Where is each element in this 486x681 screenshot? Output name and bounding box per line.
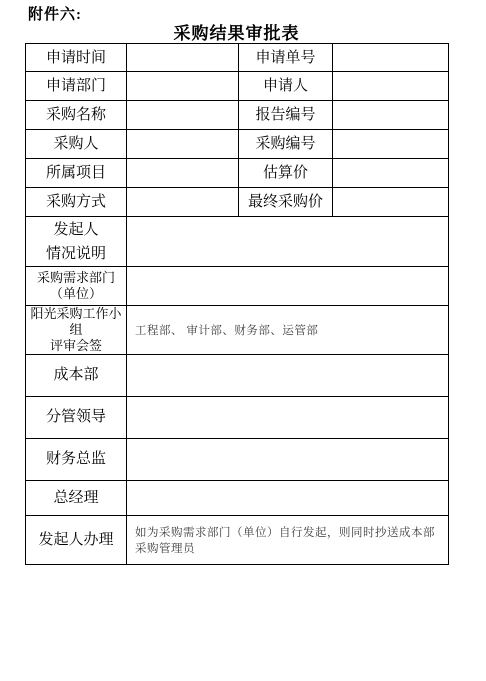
field-value <box>127 130 239 159</box>
field-value <box>127 72 239 101</box>
table-row: 发起人办理 如为采购需求部门（单位）自行发起，则同时抄送成本部采购管理员 <box>26 516 449 565</box>
field-label: 所属项目 <box>26 159 127 188</box>
table-row: 采购人 采购编号 <box>26 130 449 159</box>
field-value <box>127 188 239 217</box>
table-row: 所属项目 估算价 <box>26 159 449 188</box>
section-label-line: 评审会签 <box>26 338 126 354</box>
table-row: 采购方式 最终采购价 <box>26 188 449 217</box>
section-content <box>127 397 449 439</box>
section-content: 工程部、 审计部、财务部、运管部 <box>127 306 449 355</box>
document-title: 采购结果审批表 <box>25 19 448 44</box>
field-value <box>127 44 239 72</box>
table-row: 分管领导 <box>26 397 449 439</box>
field-label: 最终采购价 <box>239 188 333 217</box>
field-value <box>333 101 449 130</box>
section-label-line: 情况说明 <box>26 242 126 266</box>
section-label: 采购需求部门 （单位） <box>26 267 127 306</box>
approval-table: 申请时间 申请单号 申请部门 申请人 采购名称 报告编号 采购人 采购编号 <box>25 43 449 565</box>
field-value <box>127 159 239 188</box>
section-label-line: （单位） <box>26 286 126 302</box>
section-label: 发起人 情况说明 <box>26 217 127 267</box>
table-row: 阳光采购工作小组 评审会签 工程部、 审计部、财务部、运管部 <box>26 306 449 355</box>
field-label: 估算价 <box>239 159 333 188</box>
field-value <box>333 44 449 72</box>
field-label: 采购名称 <box>26 101 127 130</box>
field-label: 申请人 <box>239 72 333 101</box>
section-content <box>127 439 449 481</box>
field-label: 报告编号 <box>239 101 333 130</box>
section-label-line: 发起人办理 <box>26 531 126 550</box>
table-row: 采购名称 报告编号 <box>26 101 449 130</box>
field-value <box>333 130 449 159</box>
section-label-line: 阳光采购工作小组 <box>26 306 126 338</box>
field-label: 申请部门 <box>26 72 127 101</box>
table-row: 成本部 <box>26 355 449 397</box>
section-label-line: 总经理 <box>26 489 126 508</box>
table-row: 申请部门 申请人 <box>26 72 449 101</box>
table-row: 财务总监 <box>26 439 449 481</box>
table-row: 采购需求部门 （单位） <box>26 267 449 306</box>
section-content <box>127 355 449 397</box>
field-value <box>333 72 449 101</box>
field-value <box>333 159 449 188</box>
field-label: 采购编号 <box>239 130 333 159</box>
section-label: 成本部 <box>26 355 127 397</box>
section-label-line: 分管领导 <box>26 408 126 427</box>
section-label: 分管领导 <box>26 397 127 439</box>
section-label-line: 成本部 <box>26 366 126 385</box>
section-label: 发起人办理 <box>26 516 127 565</box>
table-row: 申请时间 申请单号 <box>26 44 449 72</box>
section-content <box>127 267 449 306</box>
field-value <box>333 188 449 217</box>
section-label: 阳光采购工作小组 评审会签 <box>26 306 127 355</box>
table-row: 总经理 <box>26 481 449 516</box>
section-label: 财务总监 <box>26 439 127 481</box>
section-label: 总经理 <box>26 481 127 516</box>
section-content <box>127 481 449 516</box>
table-row: 发起人 情况说明 <box>26 217 449 267</box>
section-label-line: 发起人 <box>26 218 126 242</box>
field-value <box>127 101 239 130</box>
section-label-line: 财务总监 <box>26 450 126 469</box>
section-content: 如为采购需求部门（单位）自行发起，则同时抄送成本部采购管理员 <box>127 516 449 565</box>
field-label: 申请时间 <box>26 44 127 72</box>
section-label-line: 采购需求部门 <box>26 270 126 286</box>
field-label: 采购人 <box>26 130 127 159</box>
field-label: 采购方式 <box>26 188 127 217</box>
document-page: 附件六: 采购结果审批表 申请时间 申请单号 申请部门 申请人 采购名称 <box>0 0 486 681</box>
field-label: 申请单号 <box>239 44 333 72</box>
section-content <box>127 217 449 267</box>
